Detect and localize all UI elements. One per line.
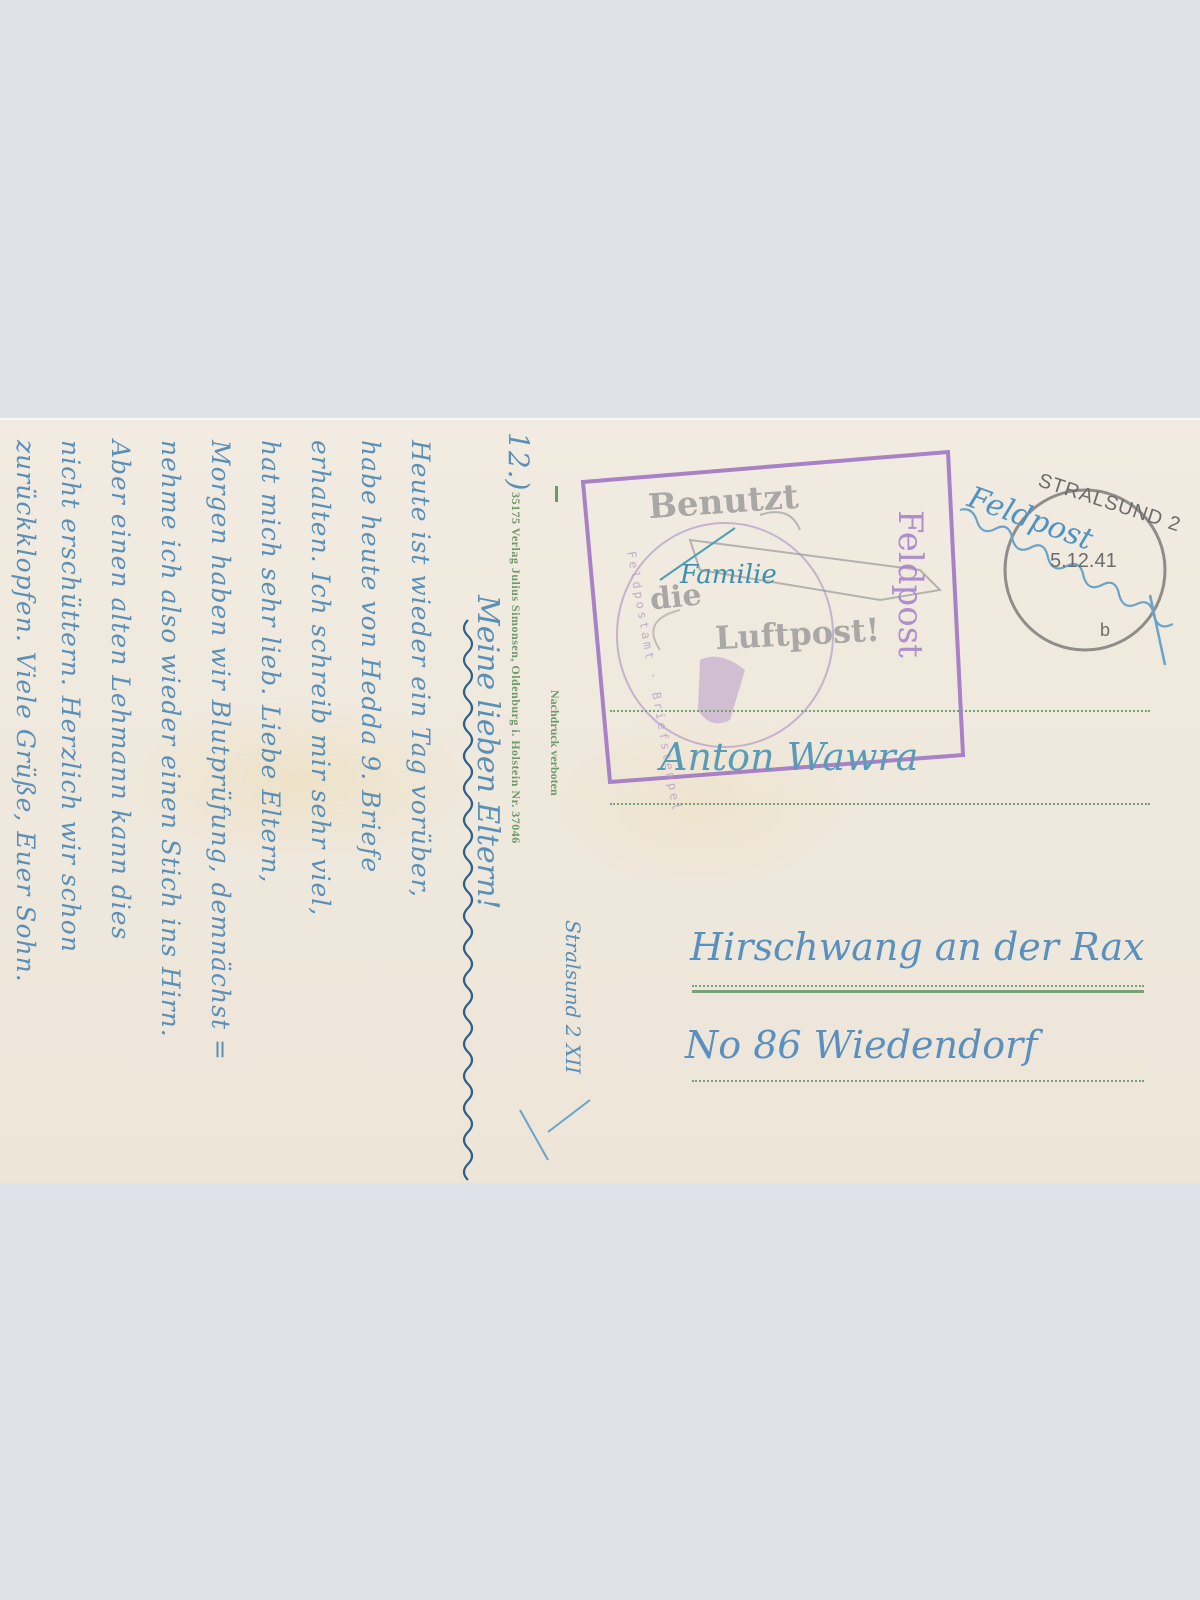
message-line: nicht erschüttern. Herzlich wir schon: [56, 440, 85, 953]
message-line: Aber einen alten Lehmann kann dies: [106, 440, 135, 940]
message-line: habe heute von Hedda 9. Briefe: [356, 440, 385, 873]
message-line: hat mich sehr lieb. Liebe Eltern,: [256, 440, 285, 883]
postcard: 35175 Verlag Julius Simonsen, Oldenburg …: [0, 418, 1200, 1183]
address-line-3-solid: [692, 990, 1144, 993]
sender-place-date: Stralsund 2 XII: [561, 920, 585, 1074]
message-line: Morgen haben wir Blutprüfung, demnächst …: [206, 440, 235, 1061]
message-line: Heute ist wieder ein Tag vorüber,: [406, 440, 435, 898]
address-line-1: [610, 710, 1150, 712]
publisher-imprint-2: Nachdruck verboten: [547, 690, 562, 796]
address-line-2: [610, 803, 1150, 805]
stamp-handwritten-note: Familie: [680, 560, 777, 590]
message-salutation: Meine lieben Eltern!: [470, 595, 505, 909]
recipient-street: No 86 Wiedendorf: [685, 1023, 1037, 1067]
message-date: 12.): [502, 432, 535, 491]
address-line-3: [692, 985, 1144, 987]
message-line: nehme ich also wieder einen Stich ins Hi…: [156, 440, 185, 1038]
recipient-place: Hirschwang an der Rax: [690, 925, 1145, 969]
imprint-line-2: Nachdruck verboten: [548, 690, 562, 796]
stamp-side-text: Feldpost: [890, 510, 930, 658]
message-line: erhalten. Ich schreib mir sehr viel,: [306, 440, 335, 916]
imprint-line-1: 35175 Verlag Julius Simonsen, Oldenburg …: [509, 492, 523, 844]
address-line-4: [692, 1080, 1144, 1082]
postmark-letter: b: [1100, 620, 1110, 641]
publisher-imprint: 35175 Verlag Julius Simonsen, Oldenburg …: [508, 492, 523, 844]
message-line: zurückklopfen. Viele Grüße, Euer Sohn.: [11, 440, 40, 983]
recipient-name: Anton Wawra: [660, 735, 918, 779]
